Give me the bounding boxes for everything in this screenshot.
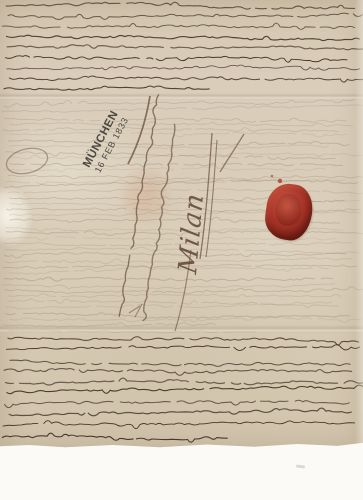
background-speck	[296, 465, 305, 469]
scanned-letter: MÜNCHEN 16 FEB 1833 Milan	[0, 0, 363, 500]
handwriting-top-band	[0, 0, 363, 97]
letter-paper: MÜNCHEN 16 FEB 1833 Milan	[0, 0, 363, 449]
handwriting-bottom-band	[0, 333, 363, 445]
